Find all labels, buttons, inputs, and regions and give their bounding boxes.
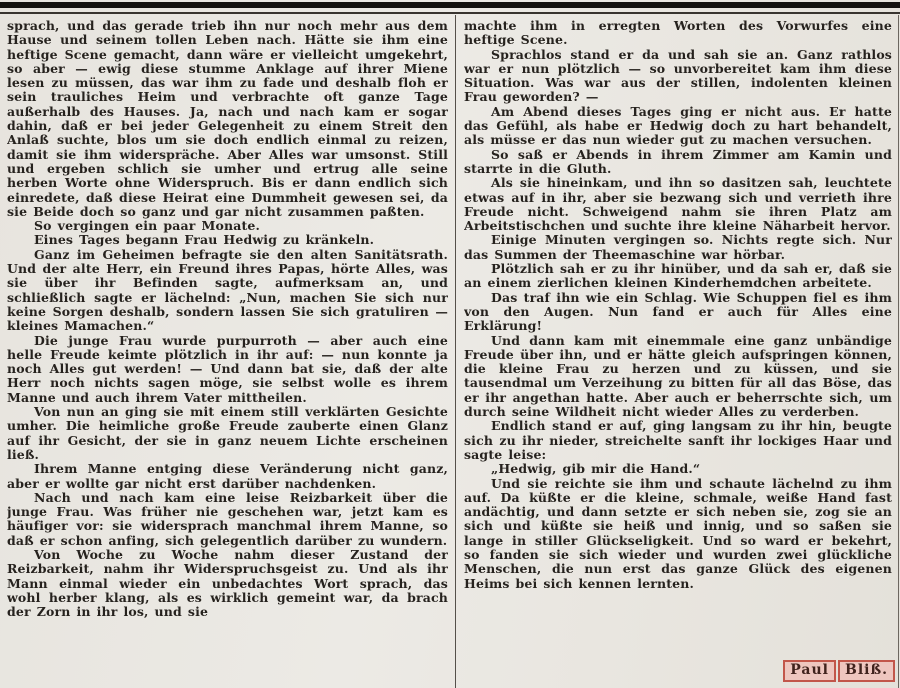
paragraph: „Hedwig, gib mir die Hand.“ [464,462,892,476]
paragraph: machte ihm in erregten Worten des Vorwur… [464,19,892,48]
paragraph: Am Abend dieses Tages ging er nicht aus.… [464,105,892,148]
paragraph: Einige Minuten vergingen so. Nichts regt… [464,233,892,262]
right-edge-rule [898,15,899,688]
paragraph: Eines Tages begann Frau Hedwig zu kränke… [7,233,448,247]
paragraph: Nach und nach kam eine leise Reizbarkeit… [7,491,448,548]
paragraph: Und sie reichte sie ihm und schaute läch… [464,477,892,591]
paragraph: Von nun an ging sie mit einem still verk… [7,405,448,462]
right-column: machte ihm in erregten Worten des Vorwur… [464,19,892,688]
paragraph: Als sie hineinkam, und ihn so dasitzen s… [464,176,892,233]
author-name-highlight-box[interactable]: Bliß. [838,660,895,682]
paragraph: Und dann kam mit einemmale eine ganz unb… [464,334,892,420]
paragraph: sprach, und das gerade trieb ihn nur noc… [7,19,448,219]
paragraph: Plötzlich sah er zu ihr hinüber, und da … [464,262,892,291]
paragraph: So vergingen ein paar Monate. [7,219,448,233]
column-divider-rule [455,15,456,688]
paragraph: Die junge Frau wurde purpurroth — aber a… [7,334,448,405]
left-column: sprach, und das gerade trieb ihn nur noc… [7,19,448,688]
paragraph: So saß er Abends in ihrem Zimmer am Kami… [464,148,892,177]
paragraph: Endlich stand er auf, ging langsam zu ih… [464,419,892,462]
author-signature: Paul Bliß. [783,660,895,682]
top-rule-thin [0,12,900,14]
paragraph: Ihrem Manne entging diese Veränderung ni… [7,462,448,491]
paragraph: Sprachlos stand er da und sah sie an. Ga… [464,48,892,105]
top-rule-thick [0,2,900,8]
paragraph: Von Woche zu Woche nahm dieser Zustand d… [7,548,448,619]
paragraph: Ganz im Geheimen befragte sie den alten … [7,248,448,334]
author-name-highlight-box[interactable]: Paul [783,660,836,682]
newspaper-page-scan: sprach, und das gerade trieb ihn nur noc… [0,0,900,688]
paragraph: Das traf ihn wie ein Schlag. Wie Schuppe… [464,291,892,334]
